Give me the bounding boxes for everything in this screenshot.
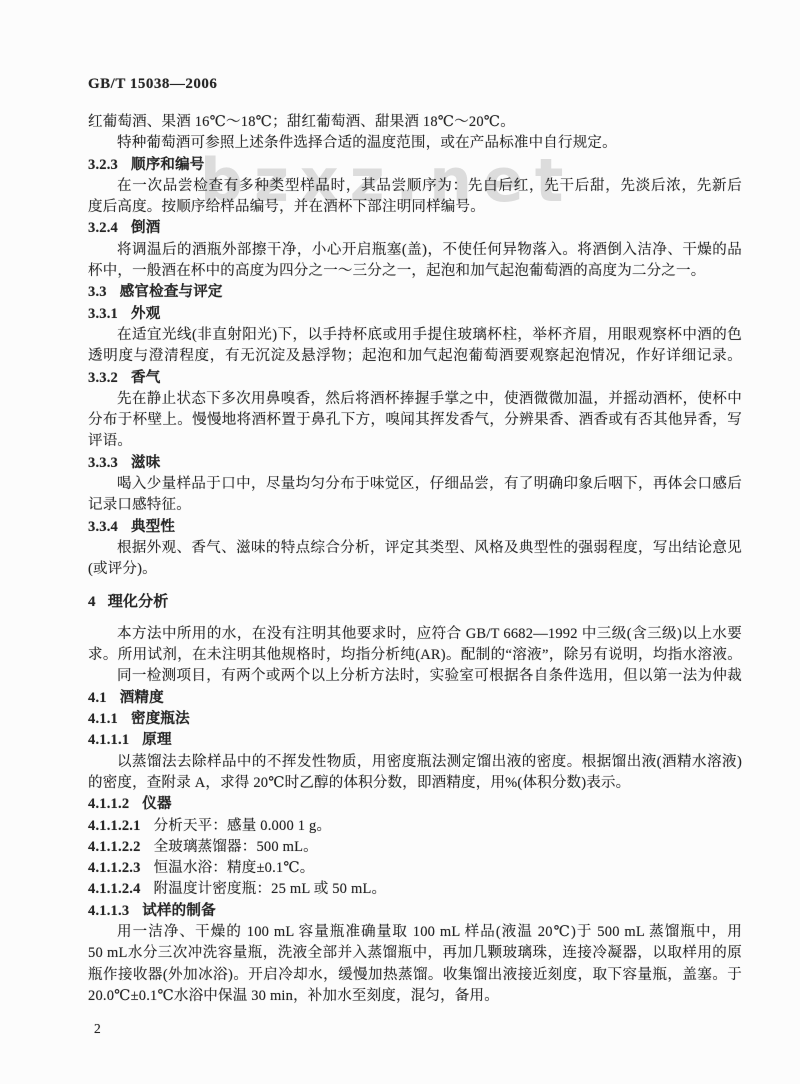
clause-title: 附温度计密度瓶：25 mL 或 50 mL。	[154, 881, 387, 897]
text-line: 同一检测项目，有两个或两个以上分析方法时，实验室可根据各自条件选用，但以第一法为…	[88, 666, 742, 687]
clause-number: 3.3	[88, 284, 107, 300]
clause-number: 4.1.1.2.4	[88, 881, 141, 897]
clause-title: 香气	[131, 370, 160, 386]
clause-number: 4.1	[88, 690, 107, 706]
text-line: 在适宜光线(非直射阳光)下，以手持杯底或用手提住玻璃杯柱，举杯齐眉，用眼观察杯中…	[88, 325, 742, 346]
clause-number: 4.1.1.1	[88, 732, 129, 748]
text-line: 瓶作接收器(外加冰浴)。开启冷却水，缓慢加热蒸馏。收集馏出液接近刻度，取下容量瓶…	[88, 965, 742, 986]
clause-title: 分析天平：感量 0.000 1 g。	[154, 818, 332, 834]
page-number: 2	[94, 1021, 101, 1037]
text-line: 4.1.1.2.3恒温水浴：精度±0.1℃。	[88, 858, 742, 879]
section-heading: 3.3.1外观	[88, 304, 742, 325]
clause-number: 4	[88, 594, 96, 610]
clause-number: 4.1.1.2.2	[88, 839, 141, 855]
section-heading: 3.2.3顺序和编号	[88, 155, 742, 176]
text-line: 记录口感特征。	[88, 495, 742, 516]
clause-title: 理化分析	[108, 594, 169, 610]
section-heading: 4.1酒精度	[88, 688, 742, 709]
clause-number: 3.2.4	[88, 220, 118, 236]
document-body: 红葡萄酒、果酒 16℃～18℃；甜红葡萄酒、甜果酒 18℃～20℃。特种葡萄酒可…	[88, 112, 742, 1007]
clause-number: 4.1.1.2	[88, 796, 129, 812]
text-line: 度后高度。按顺序给样品编号，并在酒杯下部注明同样编号。	[88, 197, 742, 218]
text-line: 先在静止状态下多次用鼻嗅香，然后将酒杯捧握手掌之中，使酒微微加温，并摇动酒杯，使…	[88, 389, 742, 410]
section-heading: 3.2.4倒酒	[88, 218, 742, 239]
text-line: 求。所用试剂，在未注明其他规格时，均指分析纯(AR)。配制的“溶液”，除另有说明…	[88, 645, 742, 666]
clause-title: 酒精度	[120, 690, 164, 706]
clause-title: 原理	[142, 732, 171, 748]
clause-number: 4.1.1	[88, 711, 118, 727]
clause-title: 恒温水浴：精度±0.1℃。	[154, 860, 315, 876]
text-line: 4.1.1.2.1分析天平：感量 0.000 1 g。	[88, 816, 742, 837]
text-line: 20.0℃±0.1℃水浴中保温 30 min，补加水至刻度，混匀，备用。	[88, 986, 742, 1007]
clause-number: 3.3.3	[88, 455, 118, 471]
clause-title: 滋味	[131, 455, 160, 471]
clause-title: 感官检查与评定	[120, 284, 223, 300]
clause-number: 3.3.4	[88, 519, 118, 535]
clause-title: 全玻璃蒸馏器：500 mL。	[154, 839, 318, 855]
clause-title: 试样的制备	[142, 903, 216, 919]
text-line: 的密度，查附录 A，求得 20℃时乙醇的体积分数，即酒精度，用%(体积分数)表示…	[88, 773, 742, 794]
clause-title: 典型性	[131, 519, 175, 535]
section-heading: 4.1.1.3试样的制备	[88, 901, 742, 922]
clause-title: 外观	[131, 306, 160, 322]
section-heading: 3.3.4典型性	[88, 517, 742, 538]
text-line: 4.1.1.2.2全玻璃蒸馏器：500 mL。	[88, 837, 742, 858]
clause-number: 4.1.1.3	[88, 903, 129, 919]
clause-number: 3.2.3	[88, 157, 118, 173]
clause-number: 3.3.2	[88, 370, 118, 386]
text-line: (或评分)。	[88, 559, 742, 580]
text-line: 评语。	[88, 431, 742, 452]
standard-number: GB/T 15038—2006	[88, 76, 217, 93]
document-page: bzxz.net GB/T 15038—2006 红葡萄酒、果酒 16℃～18℃…	[0, 0, 800, 1084]
section-heading: 4.1.1.2仪器	[88, 794, 742, 815]
clause-title: 顺序和编号	[131, 157, 205, 173]
section-heading: 4.1.1.1原理	[88, 730, 742, 751]
text-line: 特种葡萄酒可参照上述条件选择合适的温度范围，或在产品标准中自行规定。	[88, 133, 742, 154]
text-line: 分布于杯壁上。慢慢地将酒杯置于鼻孔下方，嗅闻其挥发香气，分辨果香、酒香或有否其他…	[88, 410, 742, 431]
text-line: 本方法中所用的水，在没有注明其他要求时，应符合 GB/T 6682—1992 中…	[88, 624, 742, 645]
section-heading: 3.3感官检查与评定	[88, 282, 742, 303]
text-line: 红葡萄酒、果酒 16℃～18℃；甜红葡萄酒、甜果酒 18℃～20℃。	[88, 112, 742, 133]
text-line: 透明度与澄清程度，有无沉淀及悬浮物；起泡和加气起泡葡萄酒要观察起泡情况，作好详细…	[88, 346, 742, 367]
section-heading: 3.3.3滋味	[88, 453, 742, 474]
text-line: 在一次品尝检查有多种类型样品时，其品尝顺序为：先白后红，先干后甜，先淡后浓，先新…	[88, 176, 742, 197]
clause-title: 仪器	[142, 796, 171, 812]
text-line: 喝入少量样品于口中，尽量均匀分布于味觉区，仔细品尝，有了明确印象后咽下，再体会口…	[88, 474, 742, 495]
text-line: 用一洁净、干燥的 100 mL 容量瓶准确量取 100 mL 样品(液温 20℃…	[88, 922, 742, 943]
clause-title: 密度瓶法	[131, 711, 190, 727]
text-line: 根据外观、香气、滋味的特点综合分析，评定其类型、风格及典型性的强弱程度，写出结论…	[88, 538, 742, 559]
text-line: 将调温后的酒瓶外部擦干净，小心开启瓶塞(盖)，不使任何异物落入。将酒倒入洁净、干…	[88, 240, 742, 261]
section-heading: 4理化分析	[88, 592, 742, 613]
clause-number: 3.3.1	[88, 306, 118, 322]
section-heading: 4.1.1密度瓶法	[88, 709, 742, 730]
text-line: 以蒸馏法去除样品中的不挥发性物质，用密度瓶法测定馏出液的密度。根据馏出液(酒精水…	[88, 752, 742, 773]
text-line: 4.1.1.2.4附温度计密度瓶：25 mL 或 50 mL。	[88, 879, 742, 900]
clause-number: 4.1.1.2.3	[88, 860, 141, 876]
section-heading: 3.3.2香气	[88, 368, 742, 389]
text-line: 杯中，一般酒在杯中的高度为四分之一～三分之一，起泡和加气起泡葡萄酒的高度为二分之…	[88, 261, 742, 282]
text-line: 50 mL水分三次冲洗容量瓶，洗液全部并入蒸馏瓶中，再加几颗玻璃珠，连接冷凝器，…	[88, 943, 742, 964]
clause-number: 4.1.1.2.1	[88, 818, 141, 834]
clause-title: 倒酒	[131, 220, 160, 236]
